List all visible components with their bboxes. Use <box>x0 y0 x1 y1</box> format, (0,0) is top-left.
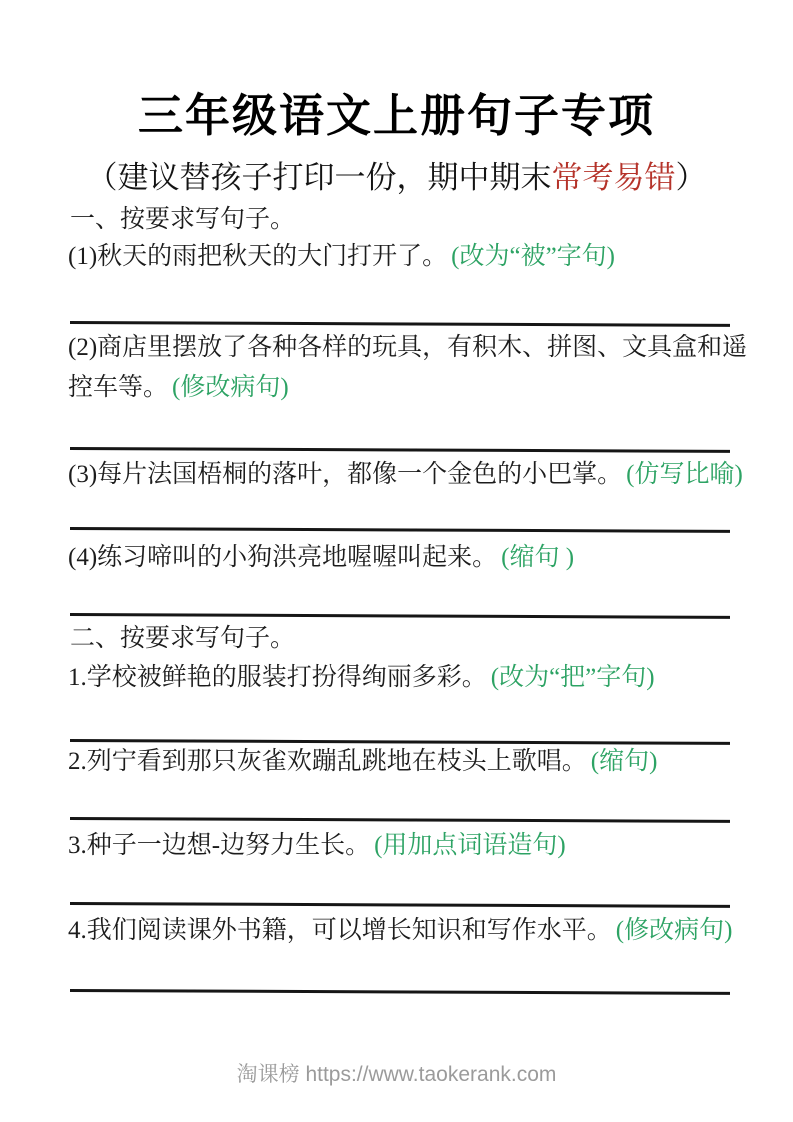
answer-blank-line <box>70 902 730 908</box>
sentence-text: 1.学校被鲜艳的服装打扮得绚丽多彩。 <box>68 664 487 691</box>
requirement-tag: (改为“被”字句) <box>451 243 615 270</box>
subtitle-highlight: 常考易错 <box>552 160 676 195</box>
requirement-tag: (改为“把”字句) <box>491 664 655 691</box>
sentence-text: (2)商店里摆放了各种各样的玩具，有积木、拼图、文具盒和遥控车等。 <box>68 334 747 401</box>
exercise-item-1-3: (3)每片法国梧桐的落叶，都像一个金色的小巴掌。(仿写比喻) <box>68 455 768 495</box>
sentence-text: (3)每片法国梧桐的落叶，都像一个金色的小巴掌。 <box>68 461 622 488</box>
sentence-text: 3.种子一边想-边努力生长。 <box>68 832 370 859</box>
requirement-tag: (仿写比喻) <box>626 461 743 488</box>
page-subtitle: （建议替孩子打印一份，期中期末常考易错） <box>0 156 793 200</box>
requirement-tag: (缩句 ) <box>501 544 574 571</box>
section-2-heading: 二、按要求写句子。 <box>70 621 295 657</box>
exercise-item-2-4: 4.我们阅读课外书籍，可以增长知识和写作水平。(修改病句) <box>68 911 768 951</box>
subtitle-suffix: ） <box>676 160 707 195</box>
answer-blank-line <box>70 817 730 823</box>
page-title: 三年级语文上册句子专项 <box>0 86 793 146</box>
subtitle-prefix: （建议替孩子打印一份，期中期末 <box>87 160 552 195</box>
requirement-tag: (缩句) <box>591 748 658 775</box>
sentence-text: 2.列宁看到那只灰雀欢蹦乱跳地在枝头上歌唱。 <box>68 748 587 775</box>
requirement-tag: (修改病句) <box>616 917 733 944</box>
sentence-text: (1)秋天的雨把秋天的大门打开了。 <box>68 243 447 270</box>
answer-blank-line <box>70 989 730 995</box>
exercise-item-2-1: 1.学校被鲜艳的服装打扮得绚丽多彩。(改为“把”字句) <box>68 658 768 698</box>
exercise-item-2-3: 3.种子一边想-边努力生长。(用加点词语造句) <box>68 826 768 866</box>
worksheet-page: 三年级语文上册句子专项 （建议替孩子打印一份，期中期末常考易错） 一、按要求写句… <box>0 0 793 1122</box>
sentence-text: (4)练习啼叫的小狗洪亮地喔喔叫起来。 <box>68 544 497 571</box>
answer-blank-line <box>70 527 730 533</box>
watermark-footer: 淘课榜 https://www.taokerank.com <box>0 1060 793 1090</box>
sentence-text: 4.我们阅读课外书籍，可以增长知识和写作水平。 <box>68 917 612 944</box>
section-1-heading: 一、按要求写句子。 <box>70 202 295 238</box>
exercise-item-1-4: (4)练习啼叫的小狗洪亮地喔喔叫起来。(缩句 ) <box>68 538 768 578</box>
exercise-item-1-1: (1)秋天的雨把秋天的大门打开了。(改为“被”字句) <box>68 237 768 277</box>
requirement-tag: (修改病句) <box>172 374 289 401</box>
answer-blank-line <box>70 321 730 327</box>
exercise-item-1-2: (2)商店里摆放了各种各样的玩具，有积木、拼图、文具盒和遥控车等。(修改病句) <box>68 328 768 408</box>
answer-blank-line <box>70 613 730 619</box>
requirement-tag: (用加点词语造句) <box>374 832 566 859</box>
exercise-item-2-2: 2.列宁看到那只灰雀欢蹦乱跳地在枝头上歌唱。(缩句) <box>68 742 768 782</box>
answer-blank-line <box>70 447 730 453</box>
